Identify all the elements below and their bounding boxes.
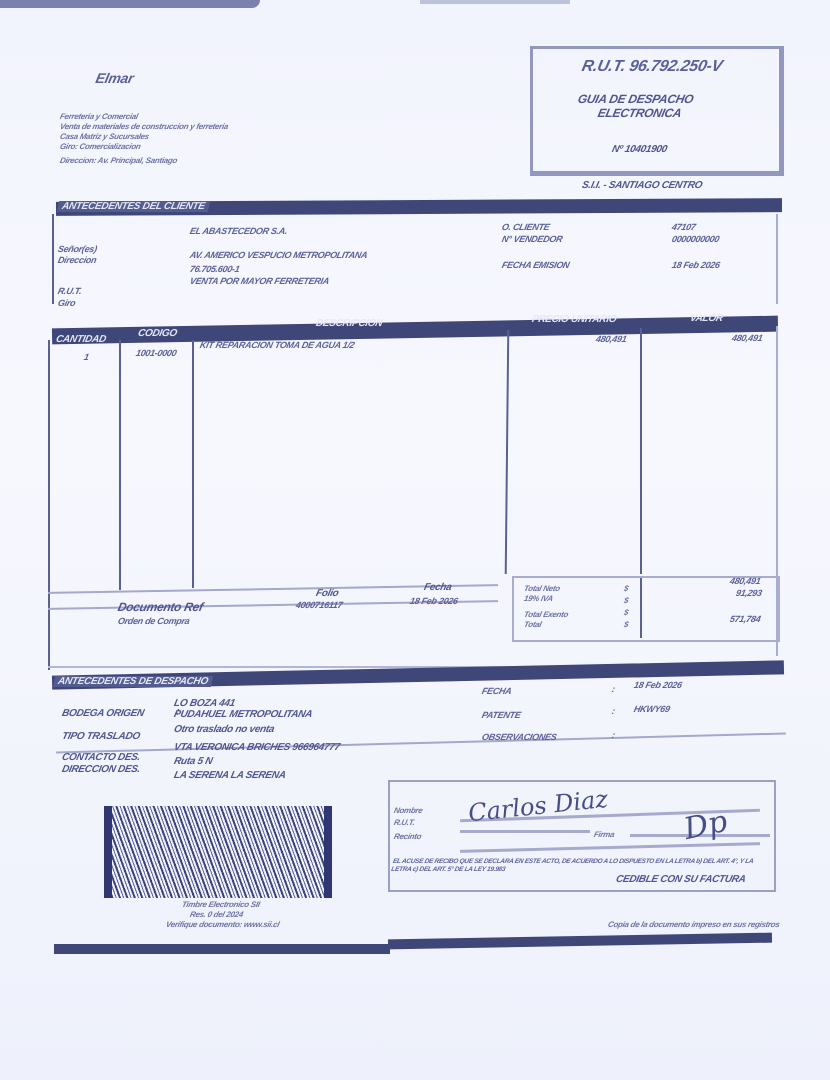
- ref-doc-label: Documento Ref: [117, 600, 205, 614]
- direccion-value: LA SERENA LA SERENA: [173, 770, 287, 781]
- receipt-label: Nombre: [393, 806, 423, 815]
- doc-number: Nº 10401900: [611, 144, 668, 155]
- dispatch-fecha-value: 18 Feb 2026: [633, 680, 683, 690]
- legal-text: EL ACUSE DE RECIBO QUE SE DECLARA EN EST…: [390, 858, 773, 874]
- contacto-value: VTA VERONICA BRICHES 966964777: [173, 742, 341, 753]
- tipo-traslado-label: TIPO TRASLADO: [61, 731, 141, 742]
- issuer-line: Giro: Comercializacion: [59, 142, 141, 151]
- client-label: Señor(es): [57, 244, 98, 254]
- header-codigo: CODIGO: [137, 328, 178, 339]
- bodega-label: BODEGA ORIGEN: [61, 708, 145, 719]
- client-right-value: 47107: [671, 222, 697, 232]
- cell-precio-unitario: 480,491: [595, 334, 628, 344]
- firma-label: Firma: [593, 830, 615, 839]
- cell-descripcion: KIT REPARACION TOMA DE AGUA 1/2: [199, 340, 356, 350]
- bodega-value: PUDAHUEL METROPOLITANA: [173, 709, 313, 720]
- total-label: 19% IVA: [523, 594, 554, 603]
- barcode-caption: Verifique documento: www.sii.cl: [165, 920, 280, 929]
- total-label: Total Neto: [523, 584, 561, 593]
- issuer-line: Casa Matriz y Sucursales: [59, 132, 150, 141]
- client-section-title: ANTECEDENTES DEL CLIENTE: [57, 201, 210, 212]
- issuer-logo: Elmar: [94, 70, 135, 86]
- direccion-label: DIRECCION DES.: [61, 764, 141, 775]
- ref-fecha-label: Fecha: [423, 582, 453, 593]
- client-value-address: AV. AMERICO VESPUCIO METROPOLITANA: [189, 250, 368, 260]
- scan-shadow: [0, 0, 260, 8]
- ref-folio-label: Folio: [315, 588, 340, 599]
- header-valor: VALOR: [689, 313, 724, 324]
- client-right-value: 0000000000: [671, 234, 720, 244]
- sii-office: S.I.I. - SANTIAGO CENTRO: [581, 180, 703, 191]
- client-label: Giro: [57, 298, 76, 308]
- cell-codigo: 1001-0000: [135, 348, 177, 358]
- column-divider: [192, 340, 194, 588]
- timbre-electronico-barcode: [104, 806, 332, 898]
- issuer-line: Ferreteria y Comercial: [59, 112, 139, 121]
- border: [776, 214, 778, 304]
- contacto-label: CONTACTO DES.: [61, 752, 141, 763]
- receipt-label: R.U.T.: [393, 818, 416, 827]
- client-label: R.U.T.: [57, 286, 83, 296]
- receipt-label: Recinto: [393, 832, 422, 841]
- total-iva-value: 91,293: [735, 588, 763, 598]
- dispatch-patente-value: HKWY69: [633, 704, 671, 714]
- client-right-label: FECHA EMISION: [501, 260, 570, 270]
- total-label: Total Exento: [523, 610, 569, 619]
- client-right-value: 18 Feb 2026: [671, 260, 721, 270]
- table-border-left: [48, 340, 50, 670]
- total-label: Total: [523, 620, 542, 629]
- barcode-caption: Res. 0 del 2024: [189, 910, 244, 919]
- client-value-giro: VENTA POR MAYOR FERRETERIA: [189, 276, 330, 286]
- doc-title-line2: ELECTRONICA: [597, 106, 683, 120]
- footer-note: Copia de la documento impreso en sus reg…: [607, 920, 780, 929]
- dispatch-right-label: PATENTE: [481, 710, 522, 720]
- client-value-rut: 76.705.600-1: [189, 264, 241, 274]
- rut-value: R.U.T. 96.792.250-V: [580, 58, 724, 76]
- dispatch-right-label: FECHA: [481, 686, 513, 696]
- total-neto-value: 480,491: [729, 576, 762, 586]
- signature-line: [460, 830, 590, 833]
- doc-title-line1: GUIA DE DESPACHO: [577, 92, 695, 106]
- column-divider: [119, 340, 121, 590]
- totals-divider: [640, 578, 642, 638]
- ref-doc-value: Orden de Compra: [117, 616, 191, 626]
- direccion-value: Ruta 5 N: [173, 756, 214, 767]
- header-descripcion: DESCRIPCION: [315, 318, 383, 329]
- scan-shadow: [420, 0, 570, 4]
- issuer-line: Venta de materiales de construccion y fe…: [59, 122, 229, 131]
- rut-label: R.U.T.: [580, 58, 627, 75]
- rut-number: 96.792.250-V: [628, 58, 724, 75]
- header-precio-unitario: PRECIO UNITARIO: [531, 314, 618, 325]
- bodega-value: LO BOZA 441: [173, 698, 236, 709]
- cedible-tag: CEDIBLE CON SU FACTURA: [615, 874, 747, 885]
- column-divider: [640, 328, 642, 574]
- tipo-traslado-value: Otro traslado no venta: [173, 724, 275, 735]
- dispatch-section-title: ANTECEDENTES DE DESPACHO: [53, 676, 213, 687]
- client-right-label: N° VENDEDOR: [501, 234, 563, 244]
- barcode-caption: Timbre Electronico SII: [181, 900, 261, 909]
- ref-fecha-value: 18 Feb 2026: [409, 596, 459, 606]
- issuer-line: Direccion: Av. Principal, Santiago: [59, 156, 178, 165]
- cell-valor: 480,491: [731, 333, 764, 343]
- header-cantidad: CANTIDAD: [55, 334, 107, 345]
- client-label: Direccion: [57, 255, 97, 265]
- border: [52, 214, 54, 304]
- dispatch-right-label: OBSERVACIONES: [481, 732, 558, 742]
- client-right-label: O. CLIENTE: [501, 222, 551, 232]
- total-value: 571,784: [729, 614, 762, 624]
- bottom-bar: [54, 944, 390, 954]
- ref-folio-value: 4000716117: [295, 600, 344, 610]
- client-value-name: EL ABASTECEDOR S.A.: [189, 226, 288, 236]
